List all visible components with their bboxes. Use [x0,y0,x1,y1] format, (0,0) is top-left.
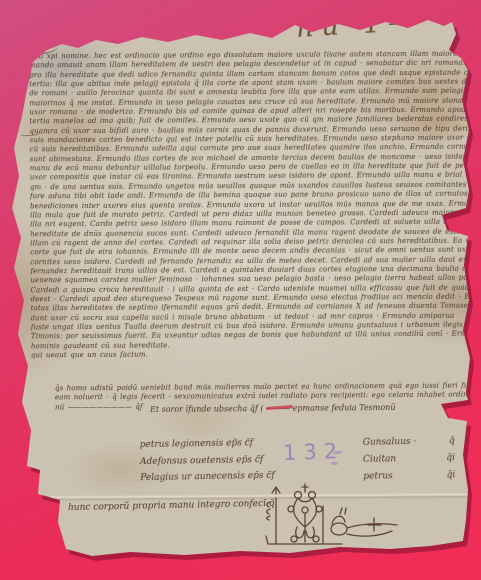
bishop-signatures: petrus legionensis ep̃s c̃fAdefonsus oue… [140,435,275,487]
notarial-signum-icon [262,480,407,552]
signature-line: Ciuitan q̃i [363,450,455,469]
witness-mark: q̃i [447,467,456,484]
witness-mark: q̃ [449,433,455,450]
witness-name: Gunsaluus · [363,434,417,452]
stamp-smudge [331,462,338,465]
archival-number-inscription: nū 1º [295,7,410,44]
witness-name: Ciuitan [363,451,397,469]
manuscript-body-text: Sub xpi nomine. hec est ordinacio que or… [29,50,477,361]
parchment: nū 1º Sub xpi nomine. hec est ordinacio … [0,0,481,580]
witness-signatures: Gunsaluus · q̃ Ciuitan q̃i petrus q̃i [363,433,456,486]
signature-line: Gunsaluus · q̃ [363,433,455,452]
signature-line: Pelagius ur aunecensis ep̃s c̃f [140,468,275,487]
witness-mark: q̃i [446,450,455,467]
manuscript-photo: nū 1º Sub xpi nomine. hec est ordinacio … [0,0,481,580]
manuscript-line: qui ueaut que un caus factum. [31,349,477,361]
